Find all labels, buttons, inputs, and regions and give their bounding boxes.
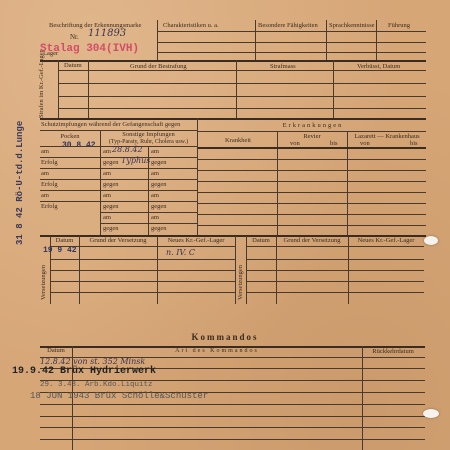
pocken-row-am-2: am xyxy=(41,170,49,177)
nr-label: Nr. xyxy=(70,33,79,41)
pocken-row-erfolg-1: Erfolg xyxy=(41,159,58,166)
punch-hole-bottom xyxy=(423,409,439,418)
sonstige-mid-am-1: am xyxy=(103,148,111,155)
kommando-entry-1: 12.8.42 von st. 352 Minsk xyxy=(40,357,145,366)
sonstige-right-am-1: am xyxy=(151,148,159,155)
strafen-col-datum: Datum xyxy=(64,62,82,69)
erkrankungen-title: Erkrankungen xyxy=(198,122,428,129)
sonstige-mid-gegen-4: gegen xyxy=(103,225,119,232)
nr-value: 111893 xyxy=(88,28,126,39)
sonstige-mid-am-4: am xyxy=(103,214,111,221)
lazarett-von: von xyxy=(360,140,370,147)
lazarett-bis: bis xyxy=(410,140,418,147)
revier-bis: bis xyxy=(330,140,338,147)
versetzungen-col-grund-right: Grund der Versetzung xyxy=(276,237,348,244)
sonstige-right-gegen-1: gegen xyxy=(151,159,167,166)
side-stamp: 31 8 42 Rö-U-td.d.Lunge xyxy=(15,121,25,245)
sonstige-right-gegen-3: gegen xyxy=(151,203,167,210)
pocken-label: Pocken xyxy=(40,133,100,140)
sonstige-label: Sonstige Impfungen xyxy=(100,131,197,138)
col-fuehrung: Führung xyxy=(388,22,410,29)
versetzungen-col-grund-left: Grund der Versetzung xyxy=(79,237,157,244)
versetzungen-col-datum-left: Datum xyxy=(50,237,79,244)
strafen-col-verbuesst: Verbüsst, Datum xyxy=(357,63,400,70)
col-faehigkeiten: Besondere Fähigkeiten xyxy=(258,22,318,29)
sonstige-right-am-2: am xyxy=(151,170,159,177)
erkrankungen-col-krankheit: Krankheit xyxy=(198,137,278,144)
kommandos-col-rueckkehr: Rückkehrdatum xyxy=(362,348,424,355)
strafen-side-label: Strafen im Kr.-Gef.-Lager xyxy=(38,50,45,118)
sonstige-right-gegen-2: gegen xyxy=(151,181,167,188)
kommando-entry-3: 29. 3.43. Arb.Kdo.Liquitz xyxy=(40,381,153,389)
erkrankungen-col-lazarett: Lazarett — Krankenhaus xyxy=(347,133,427,140)
kommando-entry-4: 18 JUN 1943 Brüx Schölle&Schuster xyxy=(30,391,208,401)
versetzung-entry-date: 19 9 42 xyxy=(43,246,77,255)
impfungen-title: Schutzimpfungen während der Gefangenscha… xyxy=(41,121,180,128)
kommandos-col-art: Art des Kommandos xyxy=(72,348,362,354)
pocken-row-erfolg-3: Erfolg xyxy=(41,203,58,210)
kommandos-title: Kommandos xyxy=(150,332,300,342)
sonstige-right-am-4: am xyxy=(151,214,159,221)
pocken-row-am-1: am xyxy=(41,148,49,155)
revier-von: von xyxy=(290,140,300,147)
versetzungen-col-datum-right: Datum xyxy=(246,237,276,244)
sonstige-mid-am-3: am xyxy=(103,192,111,199)
sonstige-right-am-3: am xyxy=(151,192,159,199)
versetzungen-col-lager-left: Neues Kr.-Gef.-Lager xyxy=(157,237,235,244)
sonstige-handwritten-date: 28.8.42 xyxy=(112,145,143,154)
sonstige-mid-am-2: am xyxy=(103,170,111,177)
sonstige-mid-gegen-2: gegen xyxy=(103,181,119,188)
strafen-col-grund: Grund der Bestrafung xyxy=(130,63,187,70)
sonstige-mid-gegen-3: gegen xyxy=(103,203,119,210)
sonstige-right-gegen-4: gegen xyxy=(151,225,167,232)
pocken-row-erfolg-2: Erfolg xyxy=(41,181,58,188)
punch-hole-top xyxy=(424,236,438,245)
kommandos-col-datum: Datum xyxy=(40,347,72,354)
col-charakteristiken: Charakteristiken u. a. xyxy=(163,22,219,29)
strafen-col-strafmass: Strafmass xyxy=(270,63,296,70)
versetzungen-side-label-left: Versetzungen xyxy=(40,265,47,300)
pocken-row-am-3: am xyxy=(41,192,49,199)
sonstige-mid-gegen-1: gegen xyxy=(103,159,119,166)
kommando-entry-2: 19.9.42 Brüx Hydrierwerk xyxy=(12,366,156,377)
erkrankungen-col-revier: Revier xyxy=(277,133,347,140)
versetzung-entry-lager: n. IV. C xyxy=(166,248,195,257)
col-sprachkenntnisse: Sprachkenntnisse xyxy=(329,22,375,29)
sonstige-handwritten-gegen: Typhus xyxy=(121,156,150,165)
lager-stamp: Stalag 304(IVH) xyxy=(40,43,139,55)
versetzungen-col-lager-right: Neues Kr.-Gef.-Lager xyxy=(348,237,424,244)
versetzungen-side-label-right: Versetzungen xyxy=(237,265,244,300)
